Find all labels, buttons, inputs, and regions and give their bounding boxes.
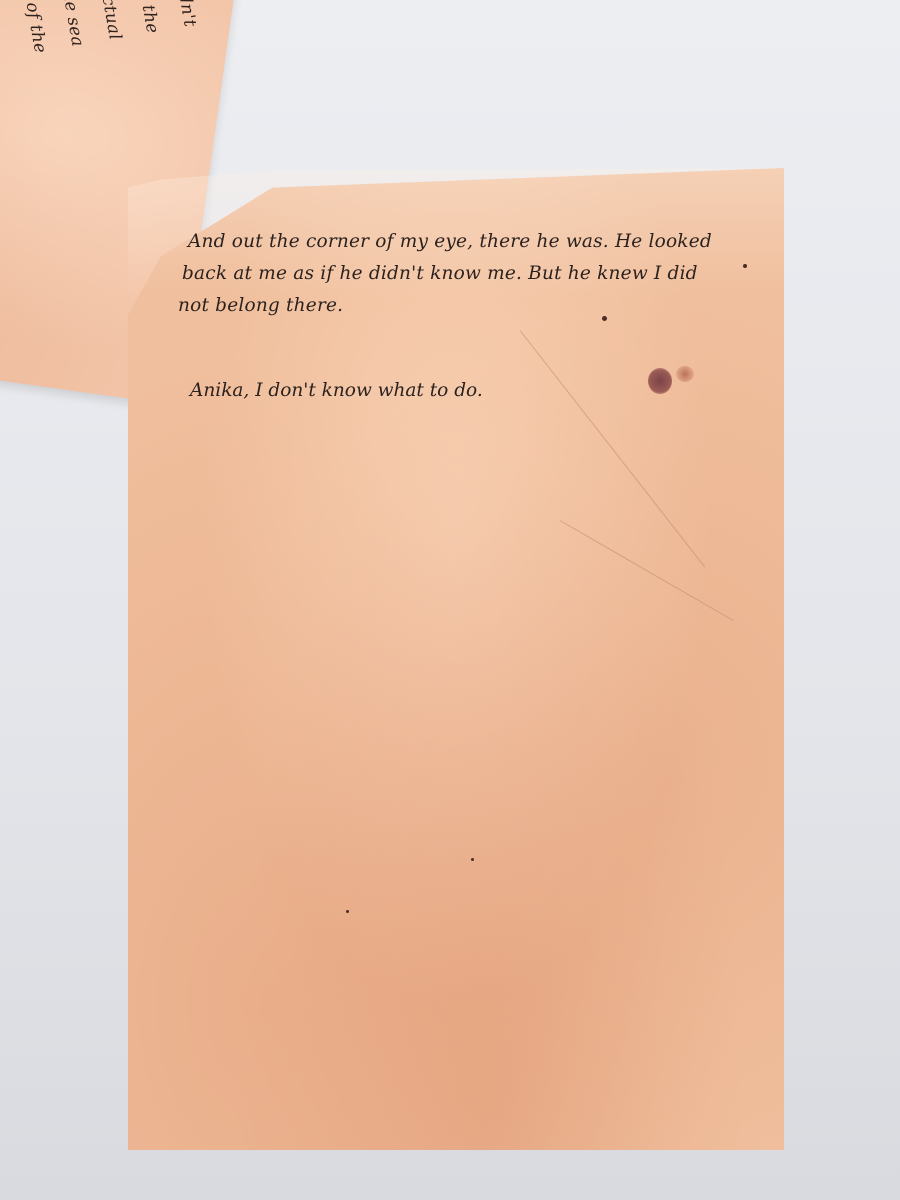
ink-stain xyxy=(676,366,694,382)
ink-speck xyxy=(743,264,747,268)
letter-line: And out the corner of my eye, there he w… xyxy=(188,226,708,258)
letter-signoff: Anika, I don't know what to do. xyxy=(190,380,483,401)
ink-speck xyxy=(602,316,607,321)
letter-line: not belong there. xyxy=(178,290,708,322)
letter-body: And out the corner of my eye, there he w… xyxy=(188,226,708,322)
background-line: ...ndescende for melancholy of the xyxy=(0,0,50,55)
letter-line: back at me as if he didn't know me. But … xyxy=(182,258,708,290)
photo-scene: ...ting him again; I couldn't ...to leav… xyxy=(0,0,900,1200)
ink-speck xyxy=(346,910,349,913)
ink-stain xyxy=(648,368,672,394)
ink-speck xyxy=(471,858,474,861)
